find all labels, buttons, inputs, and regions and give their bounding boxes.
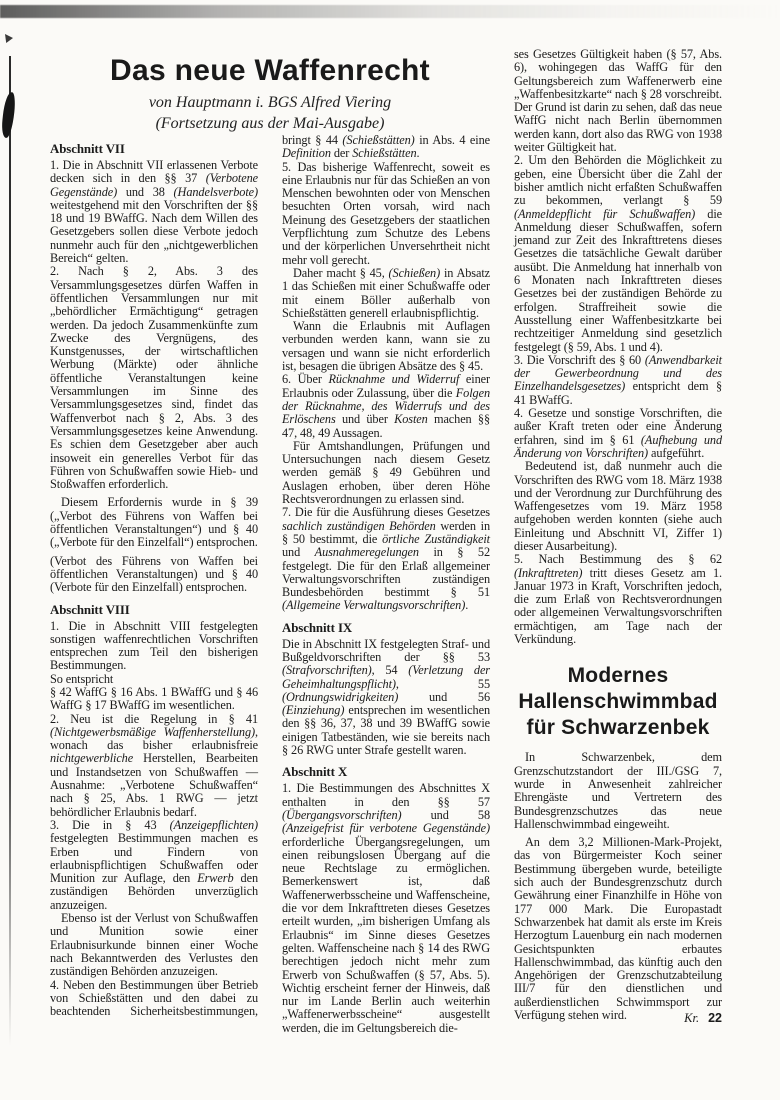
text-column-3-content: ses Gesetzes Gültigkeit haben (§ 57, Abs… [514,48,722,1022]
article-continuation-note: (Fortsetzung aus der Mai-Ausgabe) [50,113,490,134]
paragraph: 5. Das bisherige Waffenrecht, soweit es … [282,161,490,267]
paragraph: Die in Abschnitt IX festgelegten Straf- … [282,638,490,758]
paragraph: Für Amtshandlungen, Prüfungen und Unters… [282,440,490,506]
paragraph: 7. Die für die Ausführung dieses Gesetze… [282,506,490,612]
paragraph: § 42 WaffG § 16 Abs. 1 BWaffG und § 46 W… [50,686,258,713]
paragraph: So entspricht [50,673,258,686]
section-heading: Abschnitt VIII [50,603,258,617]
section-heading: Abschnitt X [282,765,490,779]
paragraph: 3. Die Vorschrift des § 60 (Anwendbarkei… [514,354,722,407]
page-number: 22 [708,1011,722,1025]
paragraph: An dem 3,2 Millionen-Mark-Projekt, das v… [514,836,722,1022]
article-title: Das neue Waffenrecht [50,54,490,88]
paragraph: 2. Um den Behörden die Möglichkeit zu ge… [514,154,722,353]
paragraph: 6. Über Rücknahme und Widerruf einer Erl… [282,373,490,439]
article-byline: von Hauptmann i. BGS Alfred Viering [50,92,490,113]
page-content: Das neue Waffenrecht von Hauptmann i. BG… [50,48,780,1035]
paragraph: 1. Die in Abschnitt VIII festgelegten so… [50,620,258,673]
paragraph: 2. Neu ist die Regelung in § 41 (Nichtge… [50,713,258,819]
paragraph: Daher macht § 45, (Schießen) in Absatz 1… [282,267,490,320]
paragraph: 5. Nach Bestimmung des § 62 (Inkrafttret… [514,553,722,646]
paragraph: Wann die Erlaubnis mit Auflagen verbunde… [282,320,490,373]
paragraph: 2. Nach § 2, Abs. 3 des Versammlungsgese… [50,265,258,491]
paragraph: In Schwarzenbek, dem Grenzschutzstandort… [514,751,722,831]
article-masthead: Das neue Waffenrecht von Hauptmann i. BG… [50,48,490,134]
author-initials: Kr. [684,1011,699,1025]
section-heading: Abschnitt VII [50,142,258,156]
paragraph: (Verbot des Führens von Waffen bei öffen… [50,555,258,595]
paragraph: 4. Gesetze und sonstige Vorschriften, di… [514,407,722,460]
paragraph: ses Gesetzes Gültigkeit haben (§ 57, Abs… [514,48,722,154]
paragraph: bringt § 44 (Schießstätten) in Abs. 4 ei… [282,134,490,161]
paragraph: 4. Neben den Bestimmungen über Betrieb v… [50,979,258,1019]
second-article-title: Modernes Hallenschwimmbad für Schwarzenb… [514,663,722,741]
paragraph: Ebenso ist der Verlust von Schußwaffen u… [50,912,258,978]
paragraph: 3. Die in § 43 (Anzeigepflichten) festge… [50,819,258,912]
section-heading: Abschnitt IX [282,621,490,635]
paragraph: 1. Die Bestimmungen des Abschnittes X en… [282,782,490,1035]
paragraph: Bedeutend ist, daß nunmehr auch die Vors… [514,460,722,553]
text-column-2: bringt § 44 (Schießstätten) in Abs. 4 ei… [282,134,490,1035]
paragraph: 1. Die in Abschnitt VII erlassenen Verbo… [50,159,258,265]
text-column-1: Abschnitt VII1. Die in Abschnitt VII erl… [50,134,258,1035]
paragraph: Diesem Erfordernis wurde in § 39 („Verbo… [50,496,258,549]
text-column-3: ses Gesetzes Gültigkeit haben (§ 57, Abs… [514,48,722,1035]
magazine-page: Das neue Waffenrecht von Hauptmann i. BG… [0,0,780,1100]
